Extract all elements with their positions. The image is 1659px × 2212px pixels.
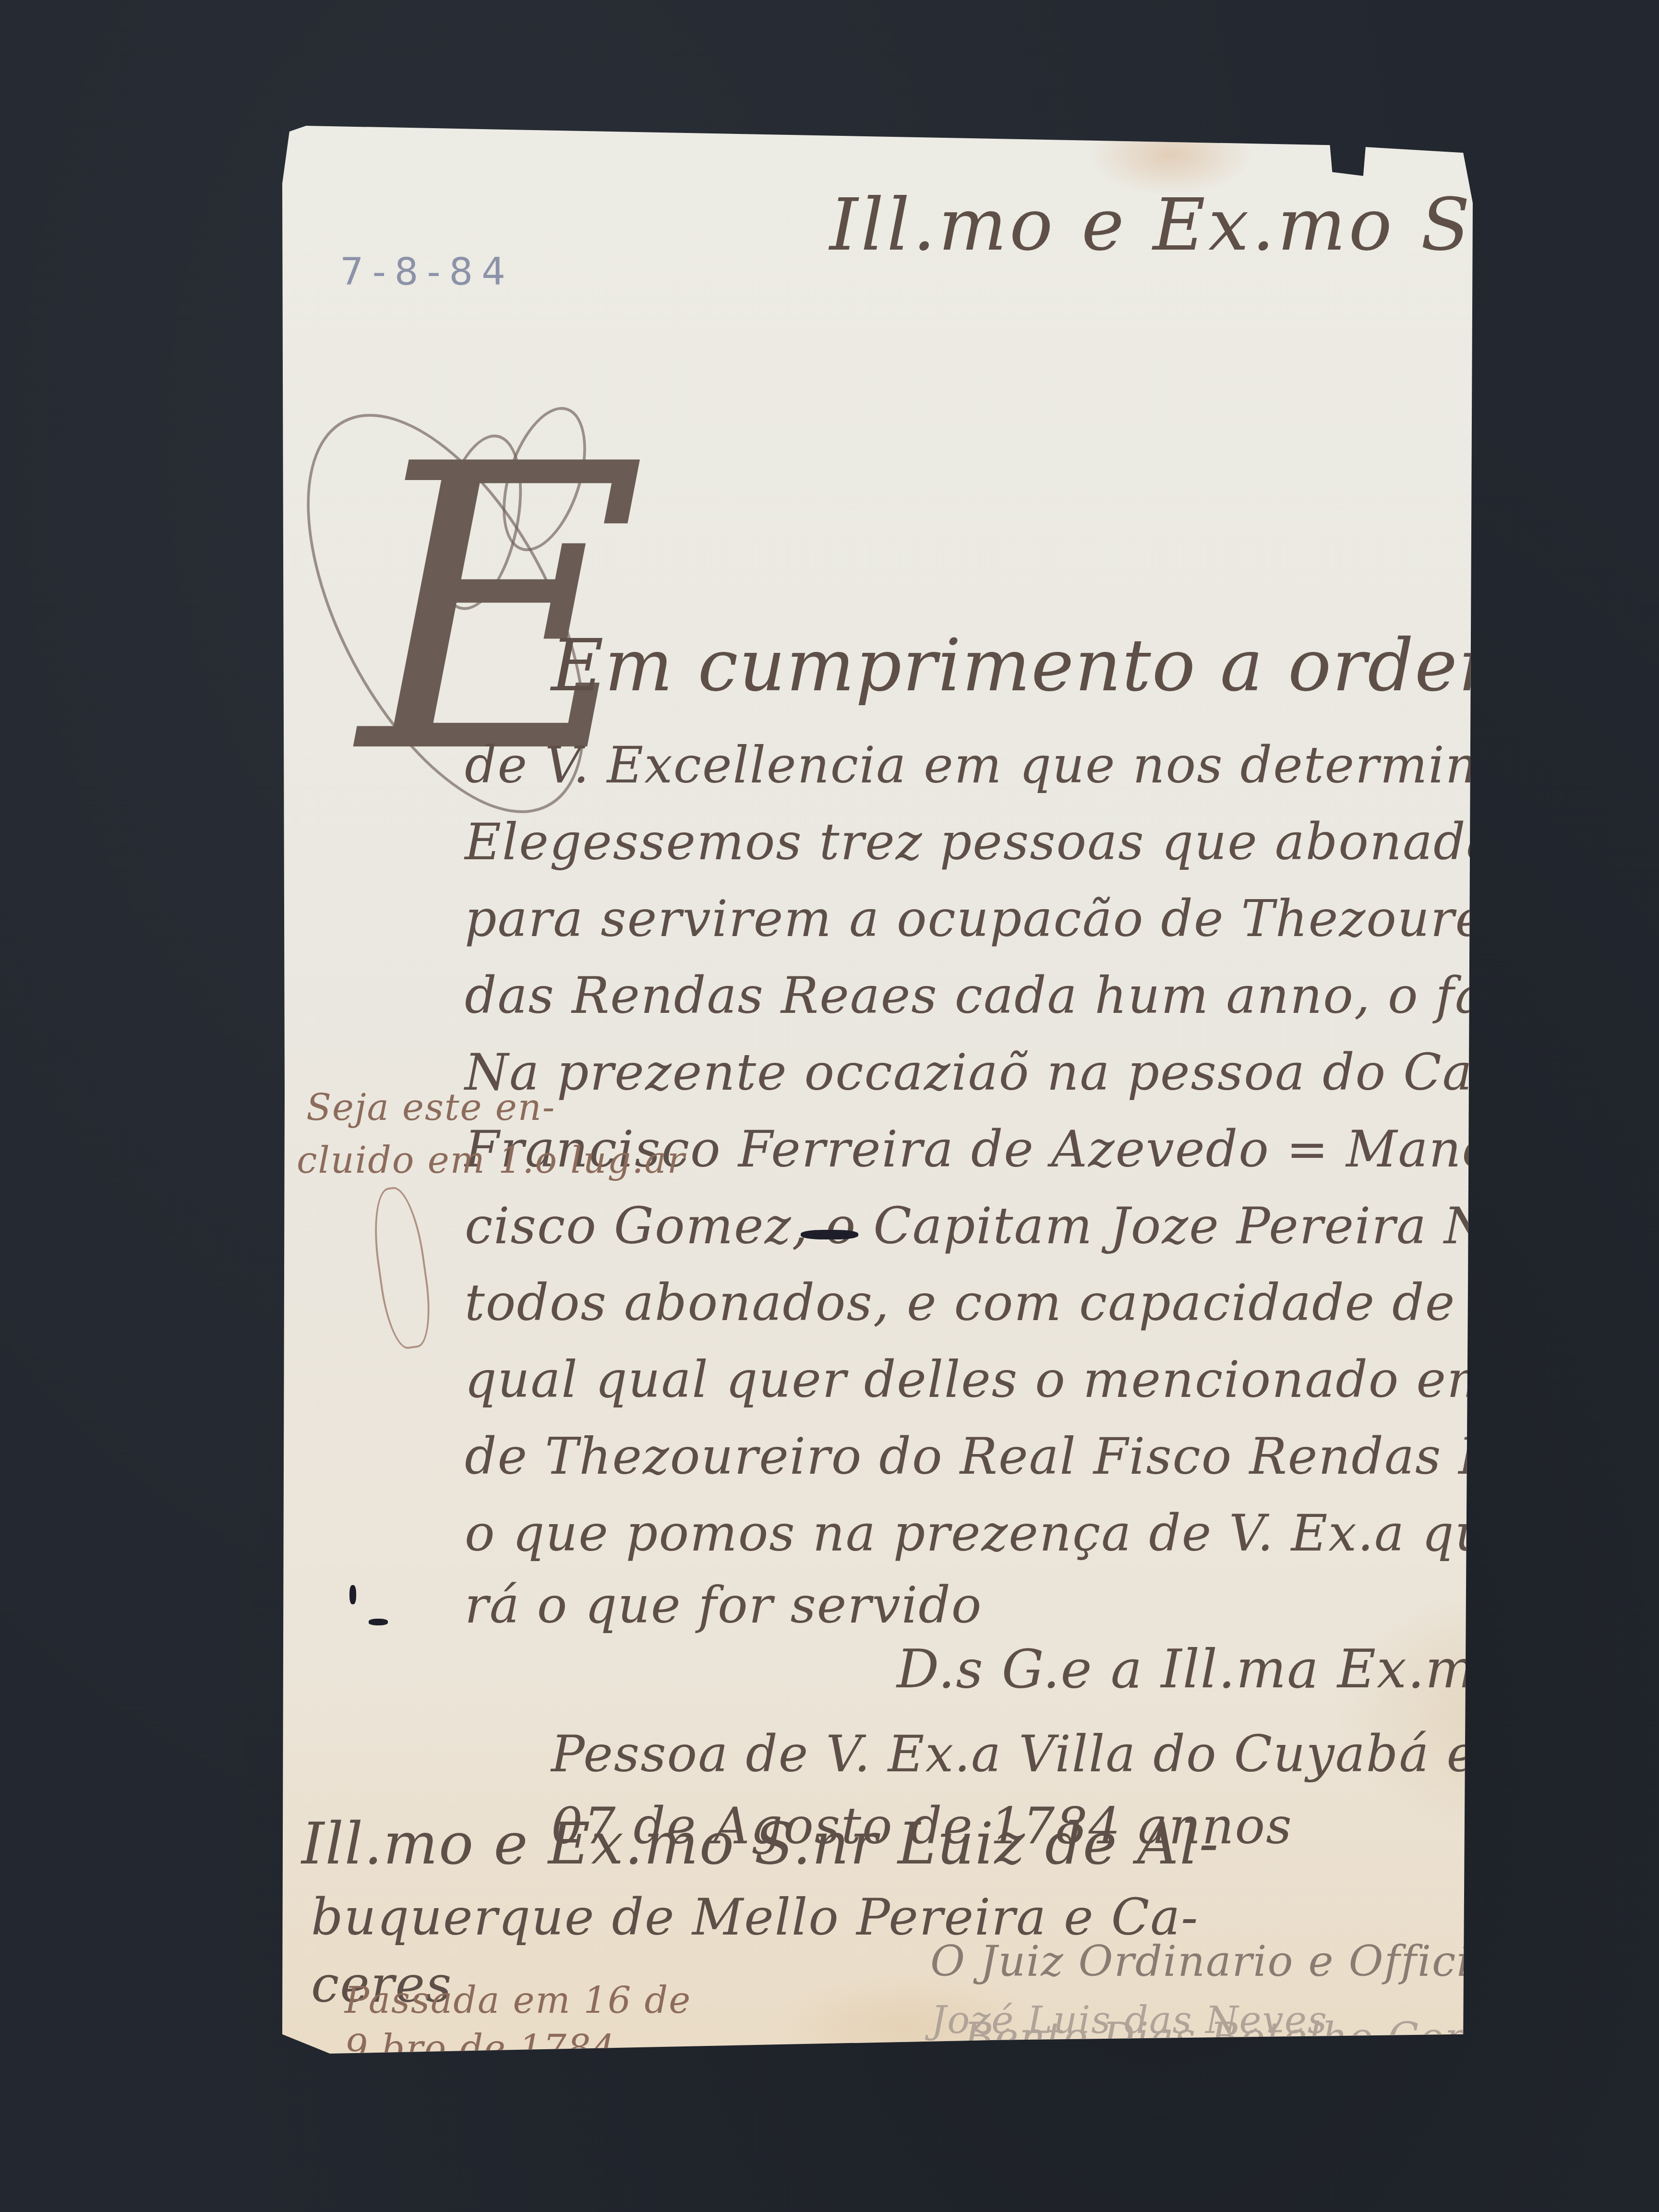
- margin-note-line-1: Seja este en-: [306, 1086, 555, 1129]
- addressee-line-1: Ill.mo e Ex.mo S.nr Luiz de Al-: [301, 1815, 1219, 1873]
- margin-rubric-mark: [367, 1184, 436, 1351]
- registry-note-line-1: Passada em 16 de: [345, 1979, 691, 2021]
- ink-blot: [369, 1619, 388, 1625]
- addressee-line-2: buquerque de Mello Pereira e Ca-: [311, 1892, 1199, 1942]
- body-line-6: Na prezente occaziaõ na pessoa do Capita…: [465, 1047, 1606, 1097]
- body-line-4: para servirem a ocupacão de Thezoureiro: [465, 894, 1559, 944]
- margin-note-line-2: cluido em 1.o lug.ar: [297, 1139, 685, 1181]
- body-line-1: Em cumprimento a ordem: [551, 630, 1527, 702]
- body-line-8: cisco Gomez, o Capitam Joze Pereira Nune…: [465, 1201, 1629, 1251]
- salutation: Ill.mo e Ex.mo S.nr: [829, 183, 1583, 267]
- ink-blot: [349, 1585, 356, 1604]
- ink-blot: [801, 1230, 858, 1239]
- closing-line-1: D.s G.e a Ill.ma Ex.ma: [897, 1643, 1509, 1695]
- pencil-archive-mark: 7-8-84: [340, 251, 514, 294]
- body-line-2: de V. Excellencia em que nos determina: [465, 740, 1509, 790]
- body-line-13: rá o que for servido: [465, 1580, 982, 1630]
- manuscript-page: 7-8-84 Ill.mo e Ex.mo S.nr E Em cumprime…: [282, 126, 1473, 2056]
- body-line-11: de Thezoureiro do Real Fisco Rendas Reae…: [465, 1431, 1615, 1481]
